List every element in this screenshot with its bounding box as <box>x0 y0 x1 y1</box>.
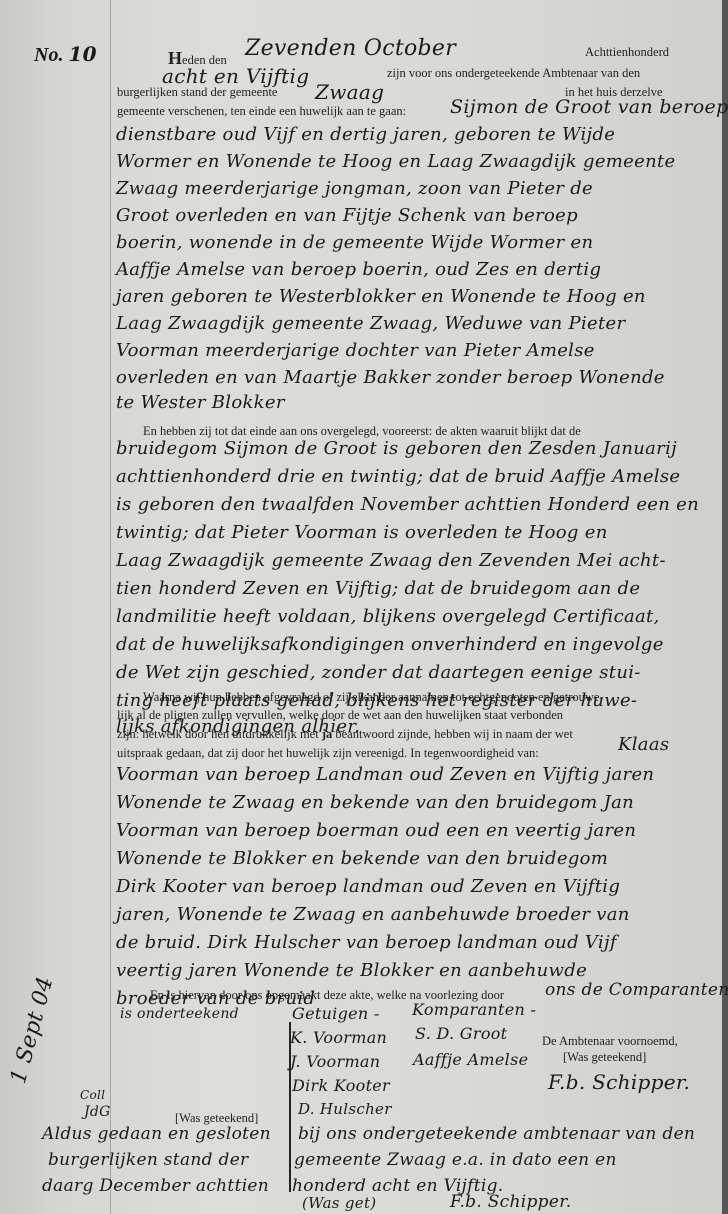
witness-line: de bruid. Dirk Hulscher van beroep landm… <box>116 932 617 953</box>
signature-bracket <box>289 1022 291 1192</box>
record-number: 10 <box>68 42 96 66</box>
parties-line: te Wester Blokker <box>116 392 285 413</box>
parties-line: Zwaag meerderjarige jongman, zoon van Pi… <box>116 178 593 199</box>
akten-line: tien honderd Zeven en Vijftig; dat de br… <box>116 578 640 599</box>
witness-signature: J. Voorman <box>290 1052 380 1071</box>
ambtenaar-was-geteekend: [Was geteekend] <box>563 1050 646 1065</box>
gemeente-hand: Zwaag <box>315 80 384 104</box>
witness-signature: D. Hulscher <box>298 1100 392 1118</box>
parties-line: Wormer en Wonende te Hoog en Laag Zwaagd… <box>116 151 675 172</box>
witness-signature: Dirk Kooter <box>292 1076 390 1095</box>
record-number-label: No. 10 <box>34 42 97 67</box>
comparanten-label: Komparanten - <box>412 1000 536 1019</box>
waarna-line: Waarna wij hun hebben afgevraagd of zij … <box>143 690 604 705</box>
ambtenaar-label: De Ambtenaar voornoemd, <box>542 1034 678 1049</box>
parties-line: Laag Zwaagdijk gemeente Zwaag, Weduwe va… <box>116 313 625 334</box>
akten-line: is geboren den twaalfden November achtti… <box>116 494 699 515</box>
margin-date-note: 1 Sept 04 <box>6 974 59 1086</box>
akten-line: Laag Zwaagdijk gemeente Zwaag den Zevend… <box>116 550 666 571</box>
witness-line: Wonende te Blokker en bekende van den br… <box>116 848 608 869</box>
akten-intro: En hebben zij tot dat einde aan ons over… <box>143 424 581 439</box>
waarna-line: uitspraak gedaan, dat zij door het huwel… <box>117 746 539 761</box>
parties-line: Aaffje Amelse van beroep boerin, oud Zes… <box>116 259 601 280</box>
parties-line: overleden en van Maartje Bakker zonder b… <box>116 367 665 388</box>
getuigen-label: Getuigen - <box>292 1004 380 1023</box>
witness-line: Wonende te Zwaag en bekende van den brui… <box>116 792 634 813</box>
verschenen-line: gemeente verschenen, ten einde een huwel… <box>117 104 406 119</box>
ambtenaar-signature: F.b. Schipper. <box>548 1070 690 1094</box>
header-line-2: zijn voor ons ondergeteekende Ambtenaar … <box>387 66 640 81</box>
parties-line: Groot overleden en van Fijtje Schenk van… <box>116 205 578 226</box>
footer-right-line: gemeente Zwaag e.a. in dato een en <box>294 1150 617 1170</box>
witness-line: Voorman van beroep boerman oud een en ve… <box>116 820 636 841</box>
waarna-text: zijn: hetwelk door hen uitdrukkelijk met <box>117 727 319 741</box>
footer-was-get: (Was get) <box>302 1194 376 1212</box>
date-hand-1: Zevenden October <box>245 36 456 61</box>
footer-left-line: daarg December achttien <box>42 1176 269 1196</box>
akten-line: bruidegom Sijmon de Groot is geboren den… <box>116 438 677 459</box>
witness-first-name: Klaas <box>618 734 669 755</box>
waarna-line-ja: zijn: hetwelk door hen uitdrukkelijk met… <box>117 727 573 742</box>
witness-line: veertig jaren Wonende te Blokker en aanb… <box>116 960 587 981</box>
akten-line: de Wet zijn geschied, zonder dat daarteg… <box>116 662 641 683</box>
witness-line: Dirk Kooter van beroep landman oud Zeven… <box>116 876 620 897</box>
akten-line: landmilitie heeft voldaan, blijkens over… <box>116 606 660 627</box>
witness-signature: K. Voorman <box>290 1028 387 1047</box>
page-edge-shadow <box>722 0 728 1214</box>
ja-word: ja <box>322 727 332 741</box>
no-label: No. <box>34 44 63 66</box>
onderteekend-hand: is onderteekend <box>120 1006 239 1022</box>
parties-line: jaren geboren te Westerblokker en Wonend… <box>116 286 646 307</box>
parties-line: Voorman meerderjarige dochter van Pieter… <box>116 340 595 361</box>
akten-line: dat de huwelijksafkondigingen onverhinde… <box>116 634 664 655</box>
comparant-signature: Aaffje Amelse <box>413 1050 528 1069</box>
register-page: No. 10 Heden den Zevenden October Achtti… <box>0 0 728 1214</box>
parties-line: dienstbare oud Vijf en dertig jaren, geb… <box>116 124 615 145</box>
footer-right-line: bij ons ondergeteekende ambtenaar van de… <box>298 1124 695 1144</box>
margin-rule <box>110 0 111 1214</box>
akten-line: twintig; dat Pieter Voorman is overleden… <box>116 522 608 543</box>
comparanten-hand: ons de Comparanten <box>545 980 728 1000</box>
witness-line: jaren, Wonende te Zwaag en aanbehuwde br… <box>116 904 630 925</box>
footer-signature: F.b. Schipper. <box>450 1192 571 1212</box>
parties-line: boerin, wonende in de gemeente Wijde Wor… <box>116 232 593 253</box>
margin-coll-note: Coll <box>80 1088 105 1102</box>
akten-line: achttienhonderd drie en twintig; dat de … <box>116 466 680 487</box>
burgerlijken-stand: burgerlijken stand der gemeente <box>117 85 277 100</box>
achttienhonderd: Achttienhonderd <box>585 45 669 60</box>
footer-left-line: Aldus gedaan en gesloten <box>42 1124 271 1144</box>
parties-line: Sijmon de Groot van beroep <box>450 96 728 118</box>
waarna-line: lijk al de pligten zullen vervullen, wel… <box>117 708 563 723</box>
margin-initials: JdG <box>84 1104 111 1120</box>
comparant-signature: S. D. Groot <box>415 1024 507 1043</box>
witness-line: Voorman van beroep Landman oud Zeven en … <box>116 764 654 785</box>
footer-left-line: burgerlijken stand der <box>48 1150 248 1170</box>
waarna-text: beantwoord zijnde, hebben wij in naam de… <box>335 727 572 741</box>
